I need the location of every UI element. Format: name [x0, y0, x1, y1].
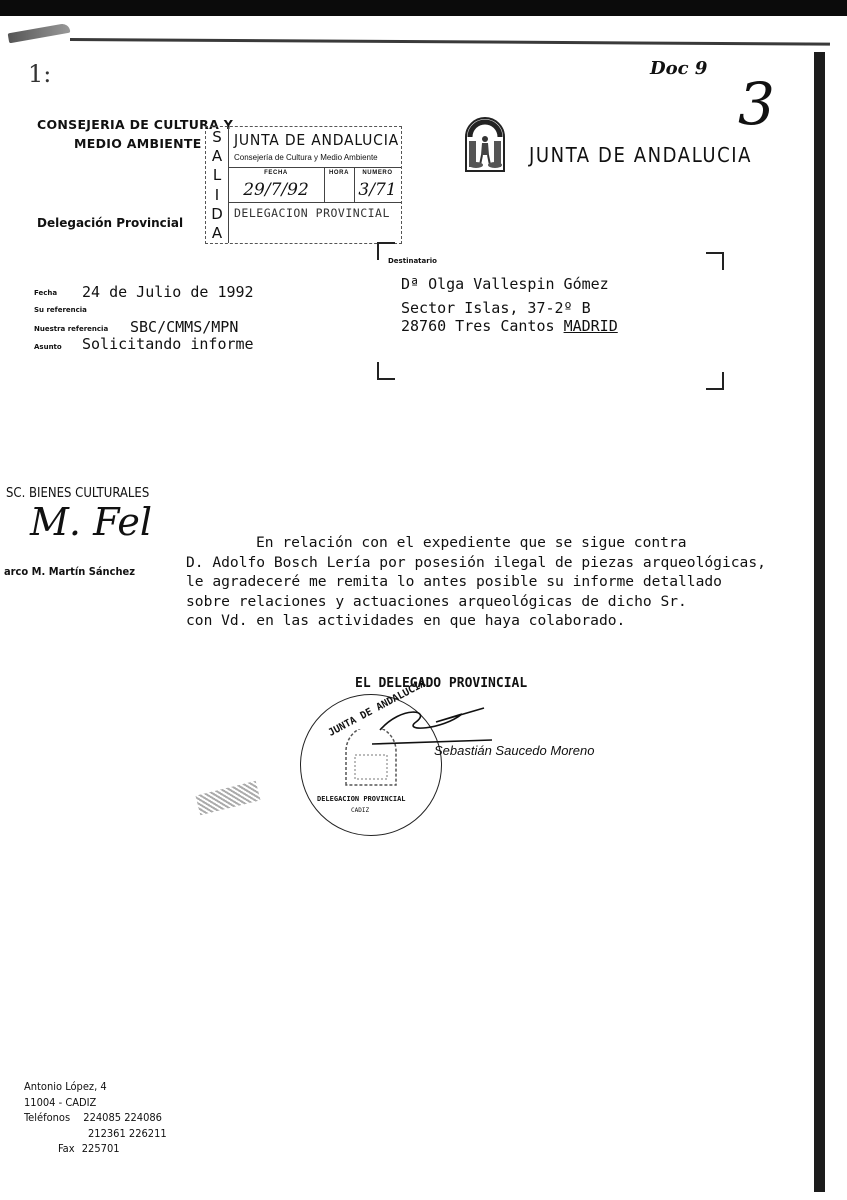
nuestra-referencia-value: SBC/CMMS/MPN [130, 318, 238, 336]
stamp-letter: A [212, 147, 222, 165]
address-corner-mark [377, 362, 395, 380]
body-line: con Vd. en las actividades en que haya c… [186, 611, 756, 631]
stamp-hora-label: HORA [324, 170, 354, 176]
footer-phones-2: 212361 226211 [24, 1126, 167, 1142]
signer-name: Sebastián Saucedo Moreno [434, 743, 594, 758]
stamp-numero-value: 3/71 [354, 180, 401, 200]
seal-city-text: CADIZ [351, 807, 369, 814]
stamp-fecha: FECHA 29/7/92 [228, 168, 325, 202]
footer-phones-1: 224085 224086 [83, 1111, 162, 1124]
andalusia-coat-of-arms-icon [462, 115, 508, 173]
fecha-label: Fecha [34, 289, 57, 297]
stamp-hora: HORA [324, 168, 355, 202]
stamp-letter: L [213, 166, 221, 184]
stamp-letter: A [212, 224, 222, 242]
su-referencia-label: Su referencia [34, 306, 87, 314]
registry-stamp: S A L I D A JUNTA DE ANDALUCIA Consejerí… [205, 126, 402, 244]
pen-mark [8, 23, 71, 44]
stamp-fecha-label: FECHA [228, 170, 324, 176]
address-corner-mark [706, 252, 724, 270]
handwritten-page-number: 3 [738, 70, 775, 138]
body-line: le agradeceré me remita lo antes posible… [186, 572, 756, 592]
address-corner-mark [706, 372, 724, 390]
footer-street: Antonio López, 4 [24, 1079, 167, 1095]
footer-fax-value: 225701 [82, 1142, 120, 1155]
asunto-label: Asunto [34, 343, 62, 351]
asunto-value: Solicitando informe [82, 335, 254, 353]
recipient-label: Destinatario [388, 257, 437, 265]
recipient-province: MADRID [564, 317, 618, 335]
page-frame-right-edge [814, 52, 825, 1192]
letterhead-footer: Antonio López, 4 11004 - CADIZ Teléfonos… [24, 1079, 167, 1157]
stamp-fecha-value: 29/7/92 [228, 180, 324, 200]
footer-fax-row: Fax 225701 [24, 1141, 167, 1157]
body-line: sobre relaciones y actuaciones arqueológ… [186, 592, 756, 612]
body-line: En relación con el expediente que se sig… [186, 533, 756, 553]
stamp-footer: DELEGACION PROVINCIAL [234, 206, 390, 220]
side-note-department: SC. BIENES CULTURALES [6, 486, 149, 501]
signer-title: EL DELEGADO PROVINCIAL [355, 676, 527, 691]
footer-fax-label: Fax [58, 1142, 75, 1155]
handwritten-mark: 1: [28, 60, 51, 88]
side-note-name: arco M. Martín Sánchez [4, 565, 135, 578]
ink-smudge [196, 781, 261, 815]
footer-phones-row-1: Teléfonos 224085 224086 [24, 1110, 167, 1126]
stamp-title: JUNTA DE ANDALUCIA [234, 131, 399, 149]
department-line-2: MEDIO AMBIENTE [74, 136, 202, 151]
recipient-city-line: 28760 Tres Cantos MADRID [401, 317, 618, 335]
header-brand: JUNTA DE ANDALUCIA [529, 143, 752, 167]
page-frame-top-line [70, 38, 830, 46]
department-line-1: CONSEJERIA DE CULTURA Y [37, 117, 233, 132]
stamp-side-letters: S A L I D A [206, 127, 229, 243]
scan-top-edge [0, 0, 847, 16]
stamp-letter: I [215, 186, 219, 204]
stamp-subtitle: Consejería de Cultura y Medio Ambiente [234, 153, 378, 162]
handwritten-doc-reference: Doc 9 [650, 58, 707, 79]
letter-body: En relación con el expediente que se sig… [186, 533, 756, 631]
body-line: D. Adolfo Bosch Lería por posesión ilega… [186, 553, 756, 573]
recipient-street: Sector Islas, 37-2º B [401, 299, 591, 317]
office-name: Delegación Provincial [37, 216, 183, 230]
nuestra-referencia-label: Nuestra referencia [34, 325, 108, 333]
footer-phones-label: Teléfonos [24, 1111, 70, 1124]
recipient-name: Dª Olga Vallespin Gómez [401, 275, 609, 293]
side-note-initials: M. Fel [30, 500, 152, 544]
fecha-value: 24 de Julio de 1992 [82, 283, 254, 301]
stamp-letter: S [212, 128, 222, 146]
stamp-letter: D [211, 205, 223, 223]
footer-postal-city: 11004 - CADIZ [24, 1095, 167, 1111]
seal-bottom-text: DELEGACION PROVINCIAL [317, 795, 406, 803]
recipient-postal-city: 28760 Tres Cantos [401, 317, 555, 335]
stamp-fields: FECHA 29/7/92 HORA NUMERO 3/71 [228, 167, 401, 203]
stamp-numero: NUMERO 3/71 [354, 168, 401, 202]
stamp-numero-label: NUMERO [354, 170, 401, 176]
